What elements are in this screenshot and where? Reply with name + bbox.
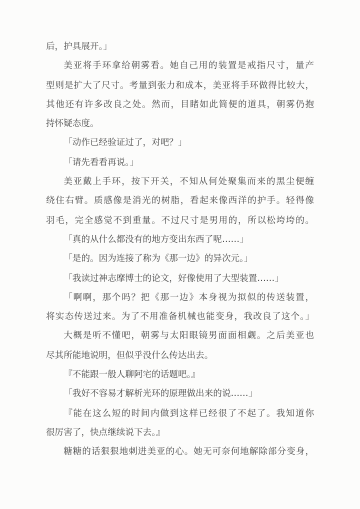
text-line: 糖糖的话狠狠地刺进美亚的心。她无可奈何地解除部分变身， (46, 443, 314, 462)
text-line: 『不能跟一般人聊阿宅的话题吧。』 (46, 366, 314, 385)
text-line: 「动作已经验证过了，对吧？」 (46, 134, 314, 153)
text-line: 「我好不容易才解析光环的原理做出来的说……」 (46, 385, 314, 404)
text-line: 型则是扩大了尺寸。考量到张力和成本，美亚将手环做得比较大， (46, 77, 314, 96)
text-line: 『能在这么短的时间内做到这样已经很了不起了。我知道你 (46, 405, 314, 424)
text-line: 大概是听不懂吧，朝雾与太阳眼镜男面面相觑。之后美亚也 (46, 327, 314, 346)
text-line: 绕住右臂。质感像是消光的树脂，看起来像西洋的护手。轻得像 (46, 192, 314, 211)
text-line: 「是的。因为连接了称为《那一边》的异次元。」 (46, 250, 314, 269)
text-line: 持怀疑态度。 (46, 115, 314, 134)
text-line: 「啊啊，那个吗？把《那一边》本身视为拟似的传送装置， (46, 289, 314, 308)
text-line: 「我读过神志摩博士的论文，好像使用了大型装置……」 (46, 270, 314, 289)
text-line: 羽毛，完全感觉不到重量。不过尺寸是男用的，所以松垮垮的。 (46, 212, 314, 231)
text-line: 美亚将手环拿给朝雾看。她自己用的装置是戒指尺寸，量产 (46, 57, 314, 76)
text-line: 「请先看看再说。」 (46, 154, 314, 173)
text-line: 美亚戴上手环，按下开关，不知从何处聚集而来的黑尘便缠 (46, 173, 314, 192)
text-line: 尽其所能地说明，但似乎没什么传达出去。 (46, 347, 314, 366)
ebook-page: 后，护具展开。」美亚将手环拿给朝雾看。她自己用的装置是戒指尺寸，量产型则是扩大了… (0, 0, 360, 509)
text-line: 「真的从什么都没有的地方变出东西了呢……」 (46, 231, 314, 250)
text-line: 后，护具展开。」 (46, 38, 314, 57)
text-line: 将实态传送过来。为了不用准备机械也能变身，我改良了这个。」 (46, 308, 314, 327)
text-line: 其他还有许多改良之处。然而，目睹如此简便的道具，朝雾仍抱 (46, 96, 314, 115)
novel-text-body: 后，护具展开。」美亚将手环拿给朝雾看。她自己用的装置是戒指尺寸，量产型则是扩大了… (46, 38, 314, 463)
text-line: 很厉害了，快点继续说下去。』 (46, 424, 314, 443)
